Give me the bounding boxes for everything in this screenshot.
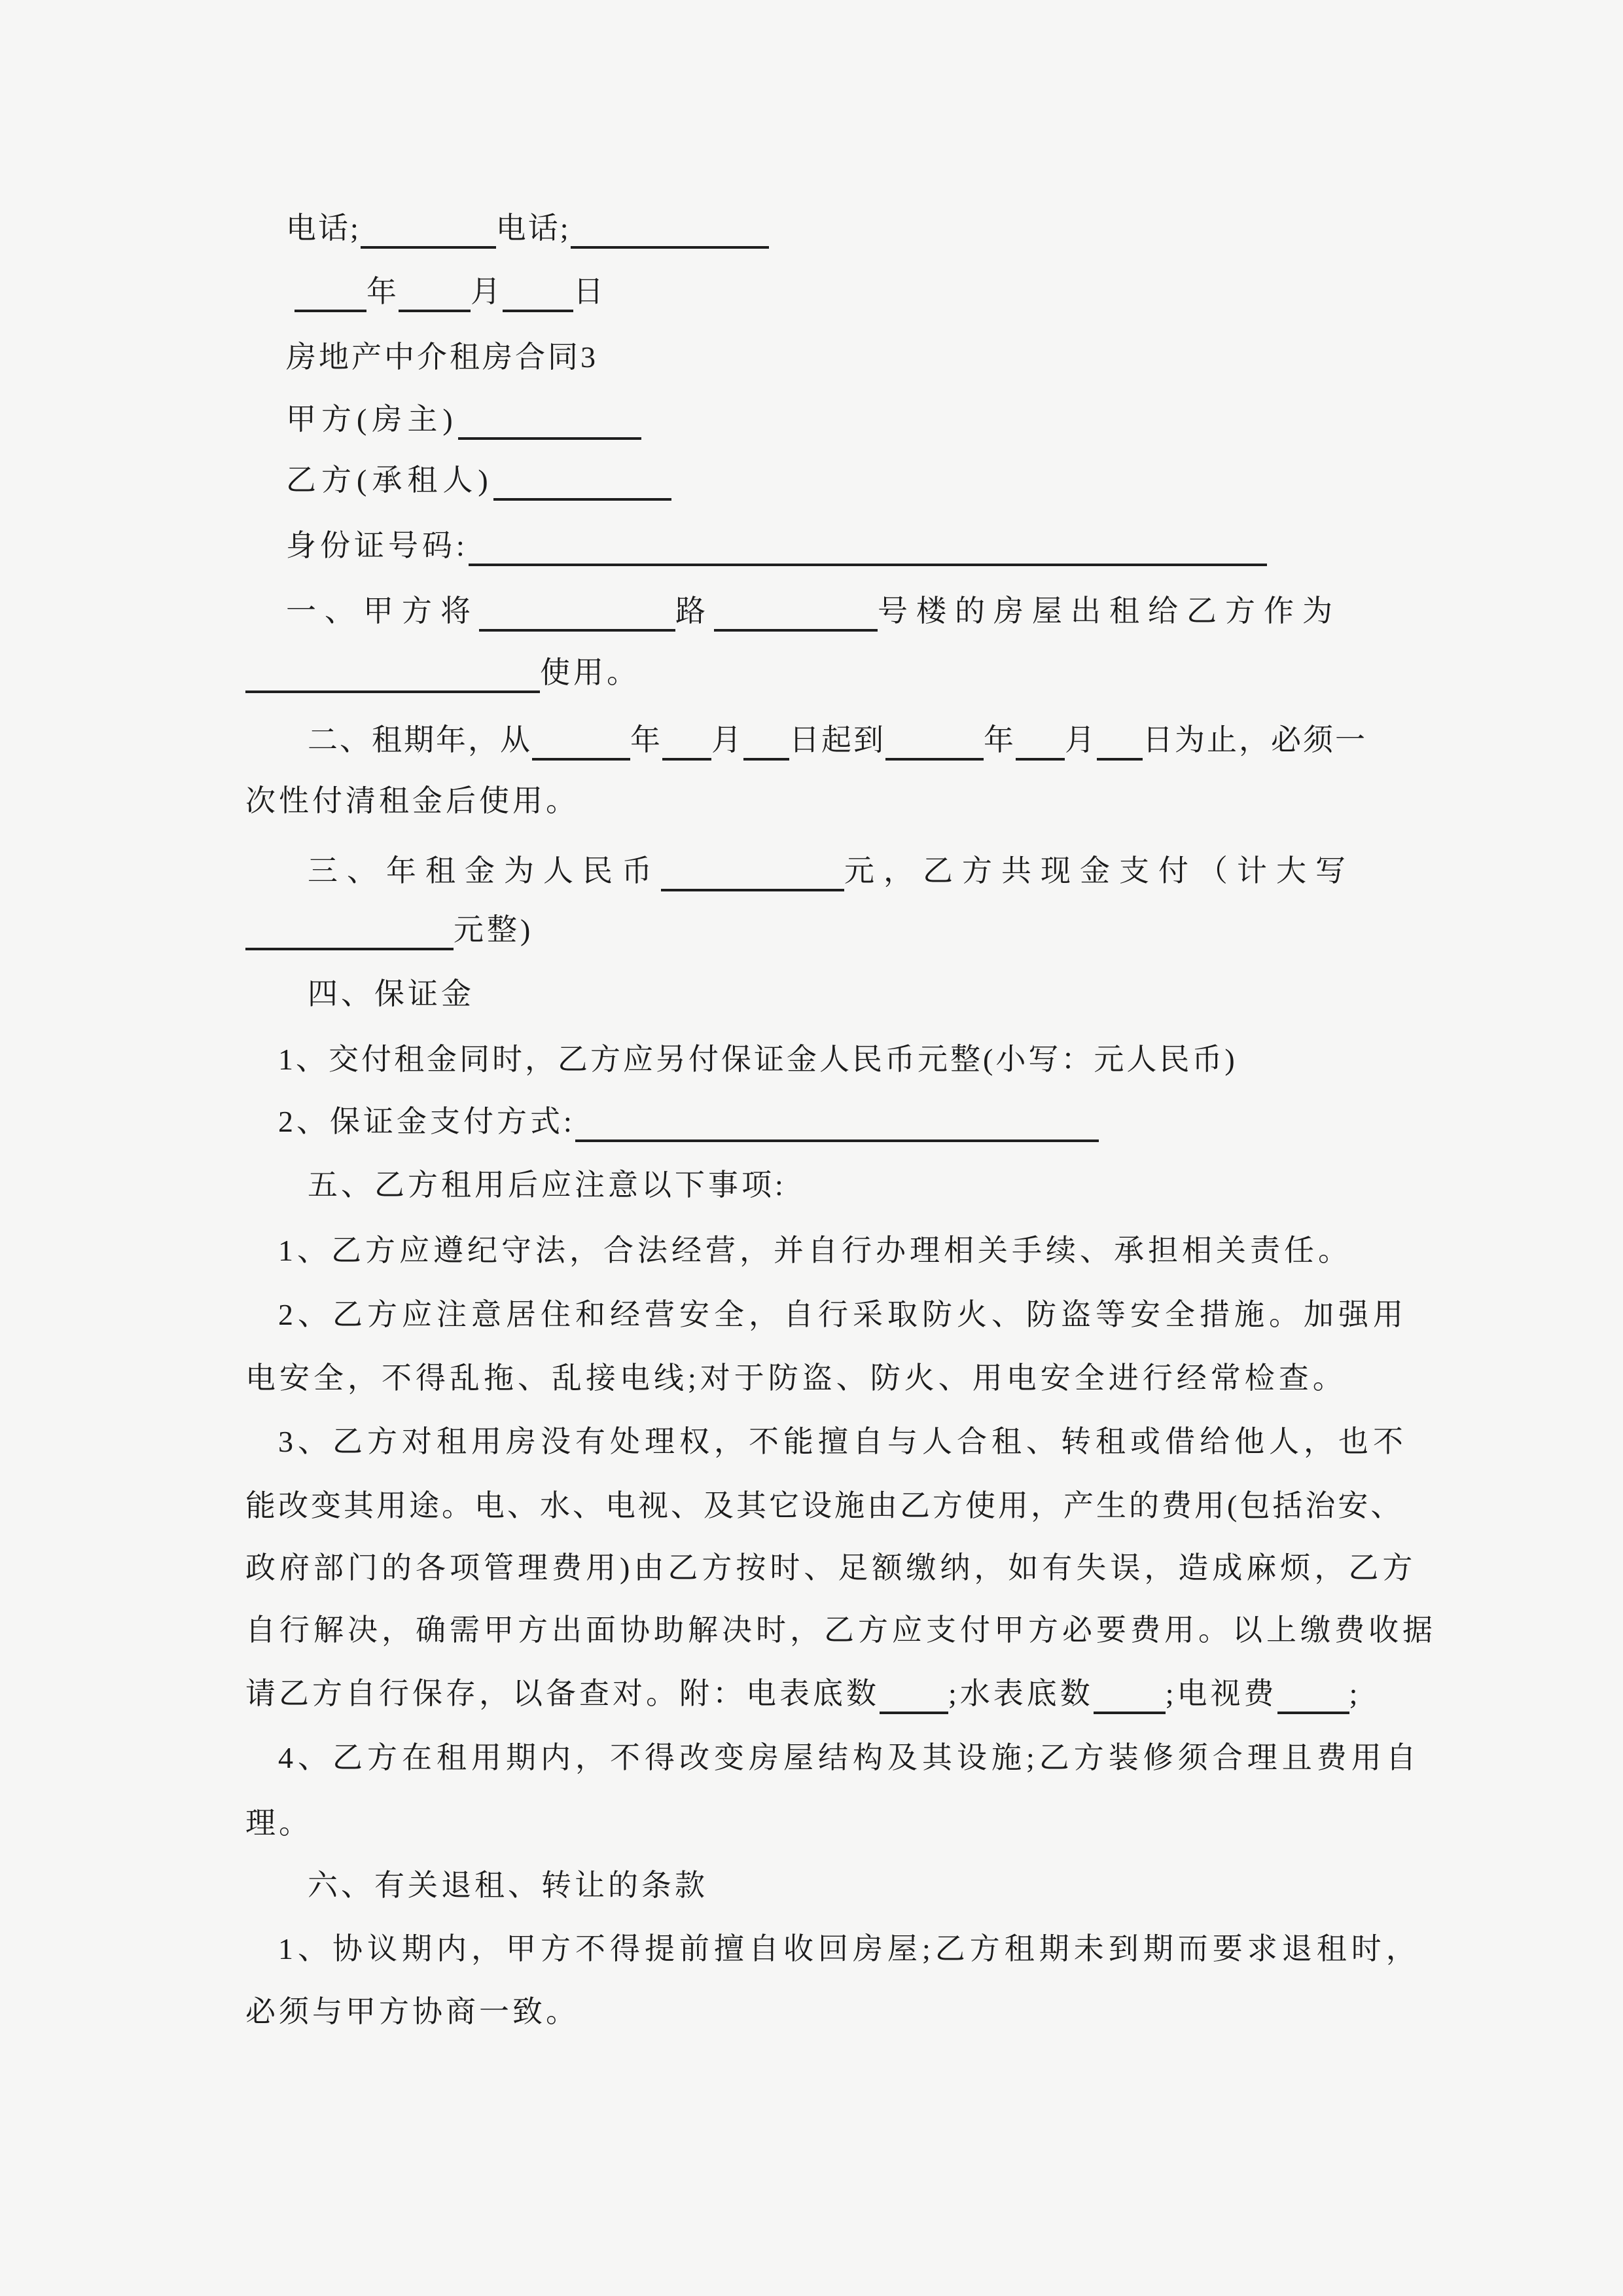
text-run: ;水表底数 — [948, 1674, 1094, 1714]
text-run: 自行解决，确需甲方出面协助解决时，乙方应支付甲方必要费用。以上缴费收据 — [245, 1610, 1436, 1651]
text-run: 乙方(承租人) — [286, 460, 493, 501]
party-b-line: 乙方(承租人) — [286, 460, 671, 501]
blank-underline — [361, 208, 496, 249]
text-run: 必须与甲方协商一致。 — [245, 1992, 579, 2032]
blank-underline — [880, 1674, 948, 1714]
text-run: 1、协议期内，甲方不得提前擅自收回房屋;乙方租期未到期而要求退租时， — [278, 1929, 1421, 1969]
text-run: 月 — [471, 272, 503, 312]
blank-underline — [575, 1102, 1099, 1142]
clause-5-item-3-line-3: 政府部门的各项管理费用)由乙方按时、足额缴纳，如有失误，造成麻烦，乙方 — [245, 1548, 1416, 1588]
text-run: 号楼的房屋出租给乙方作为 — [878, 591, 1341, 632]
id-number-line: 身份证号码: — [286, 526, 1267, 566]
blank-underline — [493, 460, 671, 501]
clause-4-item-1: 1、交付租金同时，乙方应另付保证金人民币元整(小写：元人民币) — [278, 1039, 1238, 1080]
text-run: 1、交付租金同时，乙方应另付保证金人民币元整(小写：元人民币) — [278, 1039, 1238, 1080]
clause-5-item-3-line-2: 能改变其用途。电、水、电视、及其它设施由乙方使用，产生的费用(包括治安、 — [245, 1486, 1403, 1526]
text-run: 电安全，不得乱拖、乱接电线;对于防盗、防火、用电安全进行经常检查。 — [245, 1358, 1347, 1399]
blank-underline — [1016, 720, 1065, 761]
text-run: 3、乙方对租用房没有处理权，不能擅自与人合租、转租或借给他人，也不 — [278, 1422, 1408, 1462]
clause-2-line-2: 次性付清租金后使用。 — [245, 781, 579, 821]
blank-underline — [1277, 1674, 1349, 1714]
text-run: 年 — [984, 720, 1016, 761]
clause-5-item-4-line-2: 理。 — [245, 1803, 312, 1844]
text-run: 日 — [573, 272, 605, 312]
text-run: 元整) — [454, 910, 533, 950]
text-run: 能改变其用途。电、水、电视、及其它设施由乙方使用，产生的费用(包括治安、 — [245, 1486, 1403, 1526]
text-run: 2、保证金支付方式: — [278, 1102, 575, 1142]
text-run: 电话; — [286, 208, 361, 249]
clause-2-line-1: 二、租期年，从年月日起到年月日为止，必须一 — [308, 720, 1367, 761]
text-run: 月 — [711, 720, 743, 761]
clause-6-heading: 六、有关退租、转让的条款 — [308, 1865, 708, 1906]
clause-3-line-2: 元整) — [245, 910, 533, 950]
blank-underline — [743, 720, 789, 761]
blank-underline — [399, 272, 471, 312]
phone-line: 电话;电话; — [286, 208, 769, 249]
text-run: 二、租期年，从 — [308, 720, 532, 761]
blank-underline — [714, 591, 878, 632]
text-run: 4、乙方在租用期内，不得改变房屋结构及其设施;乙方装修须合理且费用自 — [278, 1738, 1421, 1778]
blank-underline — [458, 399, 641, 440]
text-run: 月 — [1065, 720, 1097, 761]
blank-underline — [1094, 1674, 1166, 1714]
party-a-line: 甲方(房主) — [286, 399, 641, 440]
blank-underline — [479, 591, 675, 632]
doc-title-line: 房地产中介租房合同3 — [286, 337, 598, 378]
blank-underline — [532, 720, 630, 761]
text-run: 1、乙方应遵纪守法，合法经营，并自行办理相关手续、承担相关责任。 — [278, 1230, 1352, 1271]
text-run: 日为止，必须一 — [1143, 720, 1367, 761]
text-run: 路 — [675, 591, 714, 632]
clause-5-item-3-line-4: 自行解决，确需甲方出面协助解决时，乙方应支付甲方必要费用。以上缴费收据 — [245, 1610, 1436, 1651]
text-run: 政府部门的各项管理费用)由乙方按时、足额缴纳，如有失误，造成麻烦，乙方 — [245, 1548, 1416, 1588]
text-run: 电话; — [496, 208, 571, 249]
text-run: 五、乙方租用后应注意以下事项: — [308, 1165, 787, 1206]
text-run: 元，乙方共现金支付（计大写 — [844, 851, 1355, 891]
text-run: 房地产中介租房合同3 — [286, 337, 598, 378]
blank-underline — [245, 653, 540, 693]
blank-underline — [469, 526, 1267, 566]
clause-5-item-2-line-2: 电安全，不得乱拖、乱接电线;对于防盗、防火、用电安全进行经常检查。 — [245, 1358, 1347, 1399]
text-run: 年 — [630, 720, 662, 761]
blank-underline — [245, 910, 454, 950]
text-run: ; — [1349, 1674, 1361, 1714]
blank-underline — [885, 720, 984, 761]
clause-5-item-2-line-1: 2、乙方应注意居住和经营安全，自行采取防火、防盗等安全措施。加强用 — [278, 1295, 1408, 1335]
blank-underline — [661, 851, 844, 891]
clause-1-line-2: 使用。 — [245, 653, 640, 693]
blank-underline — [294, 272, 366, 312]
clause-5-item-3-line-5: 请乙方自行保存，以备查对。附：电表底数;水表底数;电视费; — [245, 1674, 1361, 1714]
text-run: 一、甲方将 — [286, 591, 479, 632]
text-run: 身份证号码: — [286, 526, 469, 566]
text-run: 日起到 — [789, 720, 885, 761]
text-run: 六、有关退租、转让的条款 — [308, 1865, 708, 1906]
text-run: ;电视费 — [1166, 1674, 1277, 1714]
clause-4-item-2: 2、保证金支付方式: — [278, 1102, 1099, 1142]
clause-6-item-1-line-2: 必须与甲方协商一致。 — [245, 1992, 579, 2032]
text-run: 使用。 — [540, 653, 640, 693]
blank-underline — [503, 272, 573, 312]
document-page: 电话;电话;年月日房地产中介租房合同3甲方(房主)乙方(承租人)身份证号码:一、… — [0, 0, 1623, 2296]
clause-5-item-3-line-1: 3、乙方对租用房没有处理权，不能擅自与人合租、转租或借给他人，也不 — [278, 1422, 1408, 1462]
clause-1-line-1: 一、甲方将路号楼的房屋出租给乙方作为 — [286, 591, 1341, 632]
text-run: 2、乙方应注意居住和经营安全，自行采取防火、防盗等安全措施。加强用 — [278, 1295, 1408, 1335]
blank-underline — [1097, 720, 1143, 761]
clause-5-item-4-line-1: 4、乙方在租用期内，不得改变房屋结构及其设施;乙方装修须合理且费用自 — [278, 1738, 1421, 1778]
text-run: 年 — [366, 272, 399, 312]
clause-6-item-1-line-1: 1、协议期内，甲方不得提前擅自收回房屋;乙方租期未到期而要求退租时， — [278, 1929, 1421, 1969]
text-run: 次性付清租金后使用。 — [245, 781, 579, 821]
clause-3-line-1: 三、年租金为人民币元，乙方共现金支付（计大写 — [308, 851, 1355, 891]
blank-underline — [571, 208, 769, 249]
text-run: 三、年租金为人民币 — [308, 851, 661, 891]
text-run: 四、保证金 — [308, 974, 474, 1014]
text-run: 甲方(房主) — [286, 399, 458, 440]
text-run: 请乙方自行保存，以备查对。附：电表底数 — [245, 1674, 880, 1714]
clause-5-item-1: 1、乙方应遵纪守法，合法经营，并自行办理相关手续、承担相关责任。 — [278, 1230, 1352, 1271]
text-run: 理。 — [245, 1803, 312, 1844]
clause-4-heading: 四、保证金 — [308, 974, 474, 1014]
clause-5-heading: 五、乙方租用后应注意以下事项: — [308, 1165, 787, 1206]
blank-underline — [662, 720, 711, 761]
date-line: 年月日 — [294, 272, 605, 312]
